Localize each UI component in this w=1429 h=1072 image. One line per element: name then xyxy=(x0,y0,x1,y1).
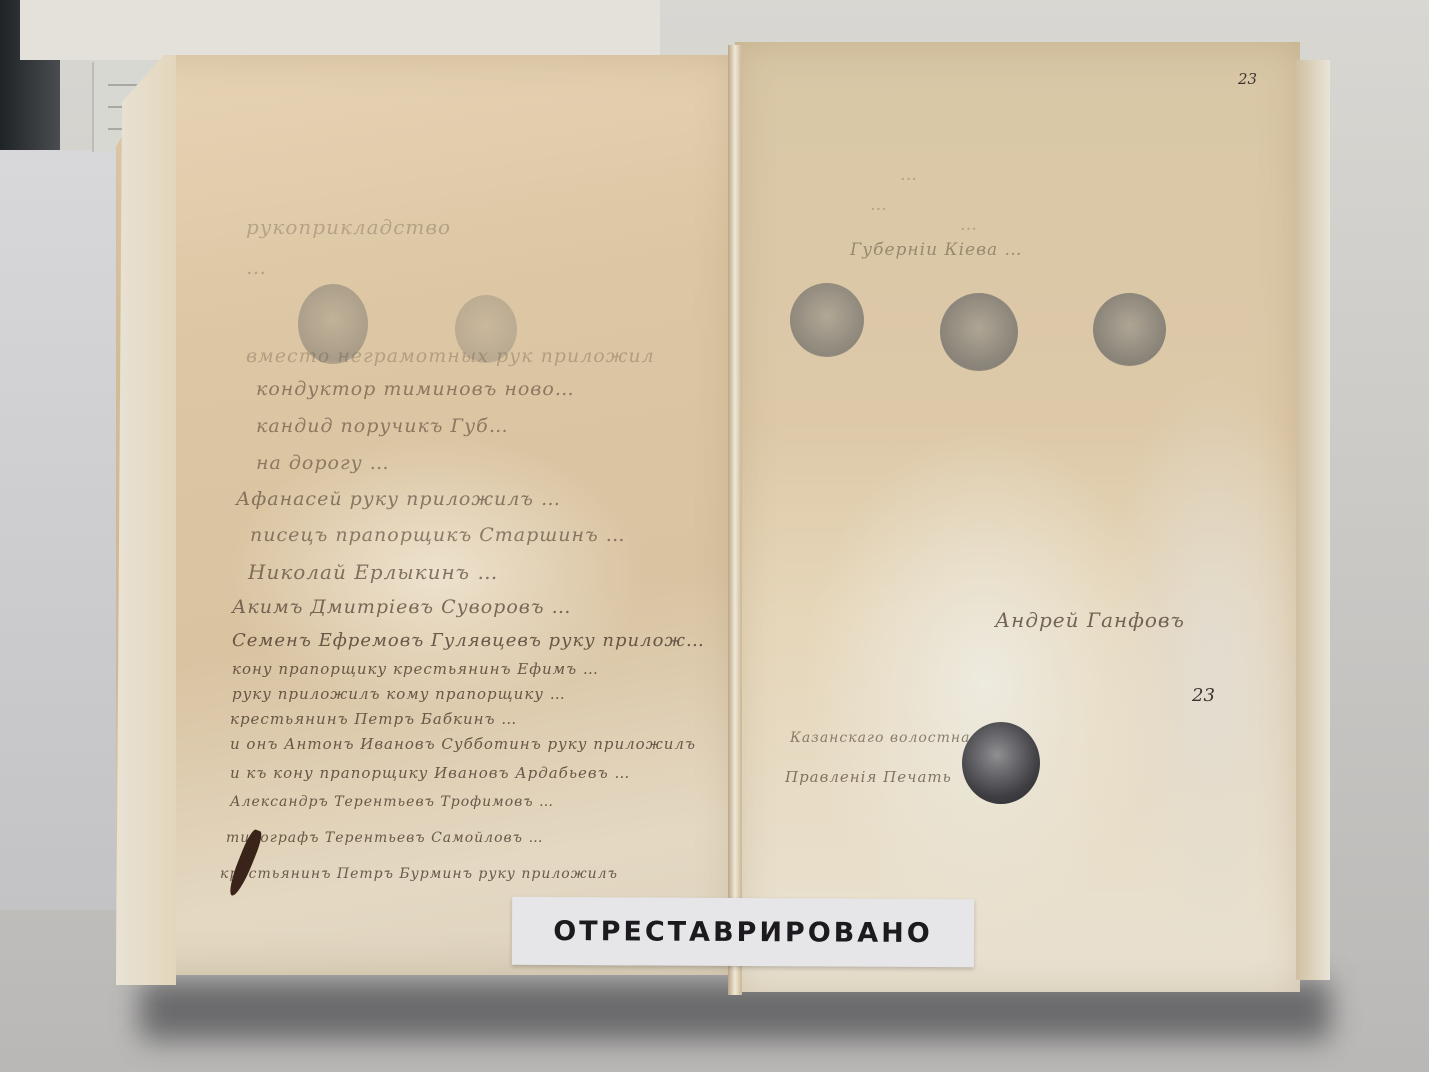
wax-seal xyxy=(962,722,1040,804)
handwritten-line: Афанасей руку приложилъ … xyxy=(236,488,561,510)
left-page-edge xyxy=(116,55,176,985)
page-number: 23 xyxy=(1238,70,1257,88)
handwritten-line: и онъ Антонъ Ивановъ Субботинъ руку прил… xyxy=(230,735,696,753)
handwritten-line: руку приложилъ кому прапорщику … xyxy=(232,685,566,703)
handwritten-line: писецъ прапорщикъ Старшинъ … xyxy=(250,524,626,546)
handwritten-line: … xyxy=(900,165,918,185)
handwritten-line: … xyxy=(960,215,978,235)
ink-stamp-seal xyxy=(1093,293,1166,366)
page-number: 23 xyxy=(1192,685,1215,706)
handwritten-line: типографъ Терентьевъ Самойловъ … xyxy=(226,830,543,846)
book-gutter xyxy=(728,45,742,995)
restored-label: ОТРЕСТАВРИРОВАНО xyxy=(512,897,974,967)
handwritten-line: Николай Ерлыкинъ … xyxy=(248,560,498,584)
handwritten-line: кандид поручикъ Губ… xyxy=(256,415,509,437)
right-page-edge xyxy=(1296,60,1330,980)
handwritten-line: крестьянинъ Петръ Бурминъ руку приложилъ xyxy=(220,866,618,882)
handwritten-line: крестьянинъ Петръ Бабкинъ … xyxy=(230,710,517,728)
ink-stamp-seal xyxy=(790,283,864,357)
handwritten-line: Александръ Терентьевъ Трофимовъ … xyxy=(230,794,554,810)
handwritten-line: Губерніи Кіева … xyxy=(850,240,1023,260)
ink-stamp-seal xyxy=(455,295,517,363)
background-paper xyxy=(20,0,660,60)
handwritten-line: кону прапорщику крестьянинъ Ефимъ … xyxy=(232,660,599,678)
ink-stamp-seal xyxy=(298,284,368,364)
ink-stamp-seal xyxy=(940,293,1018,371)
right-page xyxy=(735,42,1300,992)
handwritten-line: Семенъ Ефремовъ Гулявцевъ руку прилож… xyxy=(232,630,705,651)
handwritten-line: … xyxy=(246,255,267,279)
stamp-caption: Казанскаго волостнаго xyxy=(790,730,988,746)
handwritten-line: кондуктор тиминовъ ново… xyxy=(256,378,575,400)
handwritten-line: на дорогу … xyxy=(256,452,390,474)
handwritten-line: … xyxy=(870,195,888,215)
signature: Андрей Ганфовъ xyxy=(995,608,1185,632)
photo-scene: рукоприкладство … вместо неграмотных рук… xyxy=(0,0,1429,1072)
handwritten-line: рукоприкладство xyxy=(246,215,451,239)
handwritten-line: Акимъ Дмитріевъ Суворовъ … xyxy=(232,596,572,618)
handwritten-line: и къ кону прапорщику Ивановъ Ардабьевъ … xyxy=(230,764,630,782)
stamp-caption: Правленія Печать xyxy=(785,768,952,786)
